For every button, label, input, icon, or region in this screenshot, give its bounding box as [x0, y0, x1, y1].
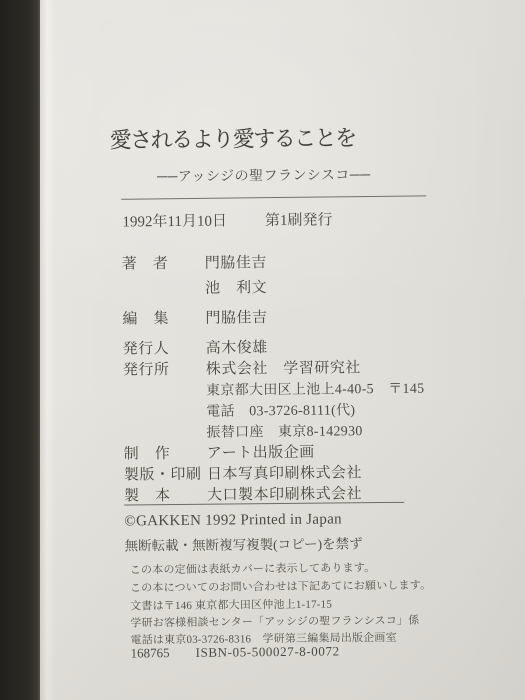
rights-notice: 無断転載・無断複写複製(コピー)を禁ず [124, 532, 362, 554]
isbn-number: ISBN-05-500027-8-0072 [196, 643, 340, 659]
book-title: 愛されるより愛することを [110, 121, 356, 154]
printing-number: 第1刷発行 [265, 212, 333, 229]
book-photo: 愛されるより愛することを ──アッシジの聖フランシスコ── 1992年11月10… [0, 0, 525, 700]
edition-line: 1992年11月10日第1刷発行 [122, 208, 332, 231]
row-binding-value: 大口製本印刷株式会社 [207, 486, 362, 503]
small-print-price: この本の定価は表紙カバーに表示してあります。 [130, 559, 376, 577]
row-publisher-value: 株式会社 学習研究社 [206, 360, 361, 377]
row-author-2: 池 利文 [205, 276, 267, 298]
row-printing-value: 日本写真印刷株式会社 [207, 465, 362, 482]
row-editor: 編 集門脇佳吉 [122, 306, 267, 328]
small-print-address: 文書は〒146 東京都大田区仲池上1-17-15 [130, 596, 332, 614]
book-subtitle: ──アッシジの聖フランシスコ── [157, 164, 371, 186]
code-line: 168765ISBN-05-500027-8-0072 [131, 643, 340, 661]
row-publisher-person-value: 高木俊雄 [206, 340, 268, 357]
row-publisher-person-label: 発行人 [123, 337, 206, 359]
row-publisher: 発行所株式会社 学習研究社 [123, 356, 361, 379]
publication-date: 1992年11月10日 [122, 214, 227, 231]
copyright-line: ©GAKKEN 1992 Printed in Japan [124, 511, 342, 530]
row-author-2-value: 池 利文 [205, 280, 267, 297]
row-publisher-person: 発行人高木俊雄 [123, 336, 268, 358]
row-author: 著 者門脇佳吉 [122, 251, 267, 273]
row-printing-label: 製版・印刷 [124, 463, 207, 485]
publisher-address: 東京都大田区上池上4-40-5 〒145 [206, 378, 425, 400]
publisher-phone: 電話 03-3726-8111(代) [206, 399, 355, 420]
publisher-postal-account: 振替口座 東京8-142930 [206, 420, 362, 441]
row-production-label: 制 作 [124, 442, 207, 464]
colophon-content: 愛されるより愛することを ──アッシジの聖フランシスコ── 1992年11月10… [36, 0, 525, 700]
small-print-center: 学研お客様相談センター「アッシジの聖フランシスコ」係 [130, 612, 419, 631]
row-production-value: アート出版企画 [207, 445, 315, 462]
book-code: 168765 [131, 645, 170, 660]
row-binding-label: 製 本 [124, 484, 207, 506]
row-production: 制 作アート出版企画 [124, 441, 315, 464]
row-publisher-label: 発行所 [123, 358, 206, 380]
row-printing: 製版・印刷日本写真印刷株式会社 [124, 461, 362, 484]
row-author-label: 著 者 [122, 252, 205, 274]
row-author-value: 門脇佳吉 [205, 255, 267, 272]
row-editor-label: 編 集 [122, 307, 205, 329]
small-print-inquiry: この本についてのお問い合わせは下記あてにお願いします。 [130, 577, 431, 596]
row-editor-value: 門脇佳吉 [205, 310, 267, 327]
divider-top [121, 195, 426, 199]
book-spine-edge [0, 0, 40, 700]
colophon-page: 愛されるより愛することを ──アッシジの聖フランシスコ── 1992年11月10… [40, 0, 525, 700]
